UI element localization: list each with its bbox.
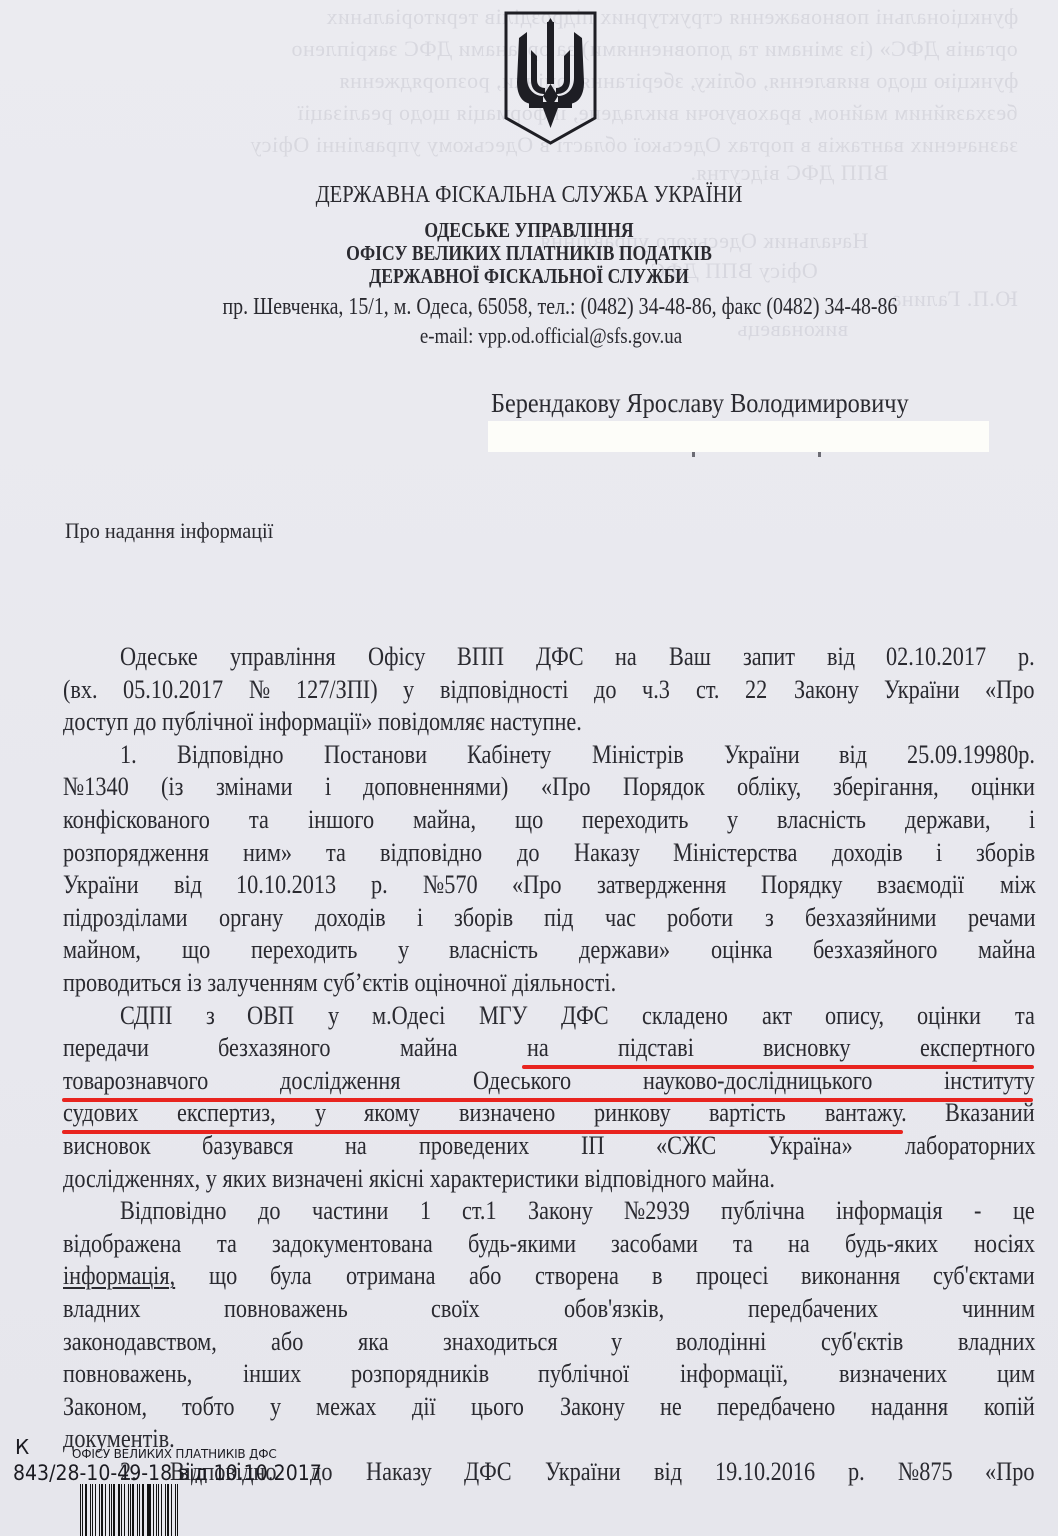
stamp-organization: ОФІСУ ВЕЛИКИХ ПЛАТНИКІВ ДФС (72, 1447, 277, 1461)
stamp-mark: К (15, 1435, 29, 1459)
body-line: владнихповноваженьсвоїхобов'язків,передб… (63, 1292, 1035, 1324)
body-line: Українивід10.10.2013р.№570«Прозатверджен… (63, 868, 1035, 900)
body-line: Законом,тобтоумежахдіїцьогоЗаконунеперед… (63, 1390, 1035, 1422)
body-line: СДПІзОВПум.ОдесіМГУДФСскладеноактопису,о… (120, 999, 1035, 1031)
ukraine-trident-emblem-icon (503, 10, 598, 146)
body-line: доступ до публічної інформації» повідомл… (63, 705, 1035, 737)
body-line: Відповіднодочастини1ст.1Закону№2939публі… (120, 1194, 1035, 1226)
bleed-through-line: органів ДФС» (із змінами та доповненнями… (291, 36, 1018, 62)
body-line: законодавством,абояказнаходитьсяуволодін… (63, 1325, 1035, 1357)
body-line: повноважень,іншихрозпорядниківпублічноїі… (63, 1357, 1035, 1389)
redaction-residue (692, 452, 695, 457)
body-line: передачибезхазяногомайнанапідставівиснов… (63, 1031, 1035, 1063)
document-page: функціональні повноваження структурних п… (0, 0, 1058, 1536)
office-address: пр. Шевченка, 15/1, м. Одеса, 65058, тел… (121, 294, 999, 321)
barcode-icon (80, 1484, 180, 1536)
body-line: ОдеськеуправлінняОфісуВППДФСнаВашзапитві… (120, 640, 1035, 672)
body-line: відображенатазадокументованабудь-якимиза… (63, 1227, 1035, 1259)
redaction-residue (818, 452, 821, 457)
body-line: підрозділамиорганудоходівізборівпідчасро… (63, 901, 1035, 933)
letter-subject: Про надання інформації (65, 518, 273, 544)
office-line-3: ДЕРЖАВНОЇ ФІСКАЛЬНОЇ СЛУЖБИ (85, 264, 974, 289)
body-line: майном,щопереходитьувласністьдержави»оці… (63, 933, 1035, 965)
agency-title: ДЕРЖАВНА ФІСКАЛЬНА СЛУЖБА УКРАЇНИ (74, 182, 984, 209)
body-line: інформація,щобулаотриманаабостворенавпро… (63, 1259, 1035, 1291)
red-underline (62, 1130, 903, 1134)
office-email: e-mail: vpp.od.official@sfs.gov.ua (96, 323, 1006, 349)
body-line: конфіскованоготаіншогомайна,щопереходить… (63, 803, 1035, 835)
bleed-through-line: функціональні повноваження структурних п… (326, 4, 1018, 30)
body-line: №1340(іззмінамиідоповненнями)«ПроПорядок… (63, 770, 1035, 802)
office-line-1: ОДЕСЬКЕ УПРАВЛІННЯ (85, 218, 974, 243)
recipient-name: Берендакову Ярославу Володимировичу (491, 388, 909, 419)
body-line: дослідженнях, у яких визначені якісні ха… (63, 1162, 1035, 1194)
body-line: 1.ВідповідноПостановиКабінетуМіністрівУк… (120, 738, 1035, 770)
bleed-through-line: безхазяйним майном, враховуючи викладене… (297, 100, 1018, 126)
red-underline (522, 1065, 1034, 1069)
body-line: (вх.05.10.2017№127/ЗПІ)увідповідностідоч… (63, 673, 1035, 705)
red-underline (62, 1098, 1033, 1102)
bleed-through-line: зазначених вантажів в портах Одеської об… (250, 132, 1018, 158)
body-line: проводиться із залученням суб’єктів оцін… (63, 966, 1035, 998)
redacted-recipient-address (488, 421, 989, 452)
body-line: розпорядженняним»тавідповіднодоНаказуМін… (63, 836, 1035, 868)
stamp-registration-number: 843/28-10-49-18 від 10.10.2017 (13, 1461, 322, 1485)
bleed-through-line: функцію щодо виявлення, обліку, зберіган… (339, 68, 1018, 94)
office-line-2: ОФІСУ ВЕЛИКИХ ПЛАТНИКІВ ПОДАТКІВ (85, 241, 974, 266)
